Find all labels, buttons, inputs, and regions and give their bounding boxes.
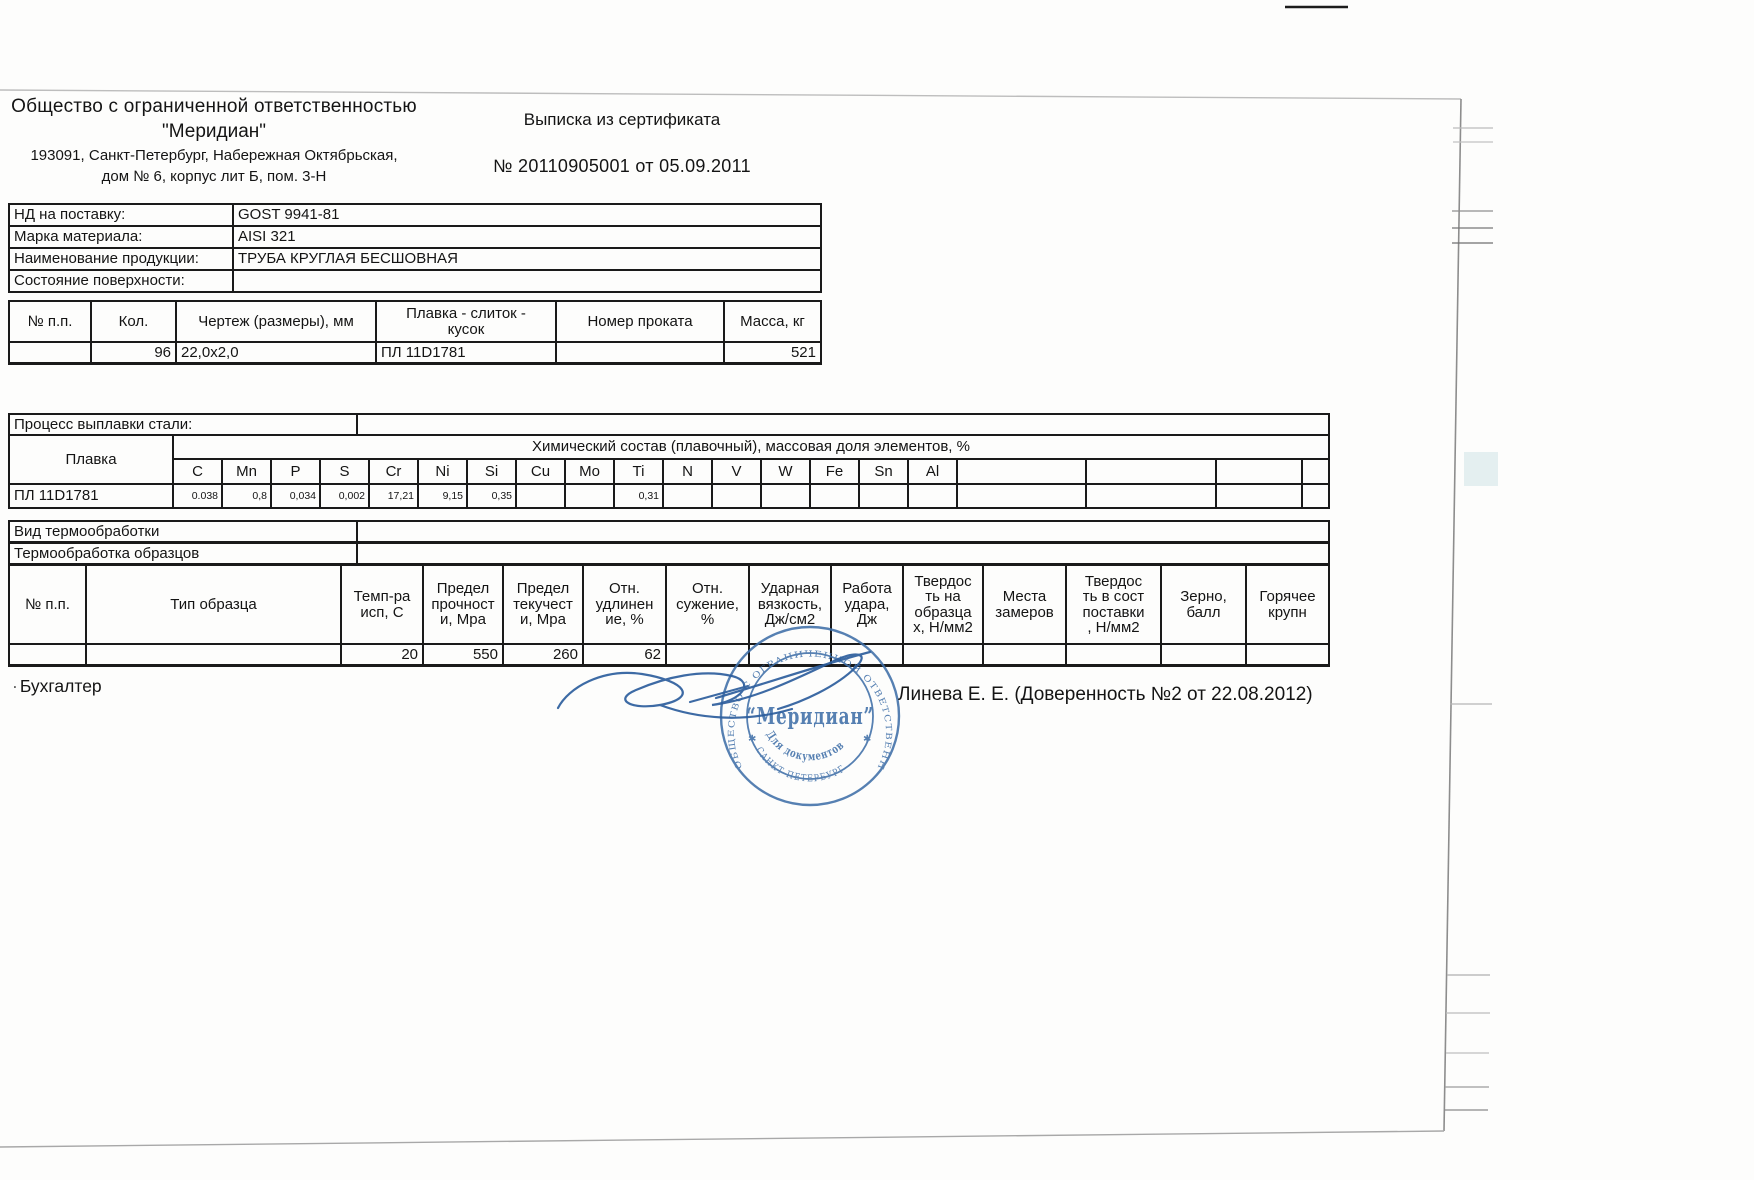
element-symbol (958, 460, 1087, 485)
stamp-star-left-icon: ✱ (748, 734, 756, 745)
column-header: Горячее крупн (1247, 566, 1330, 645)
item-size: 22,0x2,0 (177, 343, 377, 365)
smelting-process-row: Процесс выплавки стали: (8, 413, 1330, 436)
element-symbol (1217, 460, 1303, 485)
info-label: Наименование продукции: (10, 249, 234, 271)
info-value: AISI 321 (234, 227, 822, 249)
paper-right-edge (1444, 99, 1461, 1131)
mech-value (832, 645, 904, 667)
paper-bottom-edge (0, 1131, 1444, 1147)
element-value: 0,8 (223, 485, 272, 509)
stamp-center-text: “Меридиан” (746, 703, 874, 730)
element-symbol: Si (468, 460, 517, 485)
smelting-value (358, 415, 1330, 436)
heat-number: ПЛ 11D1781 (10, 485, 174, 509)
column-header: Отн. удлинен ие, % (584, 566, 667, 645)
column-header: Предел прочност и, Мра (424, 566, 504, 645)
svg-text:САНКТ-ПЕТЕРБУРГ: САНКТ-ПЕТЕРБУРГ (753, 745, 847, 784)
element-value: 0.038 (174, 485, 223, 509)
element-value (762, 485, 811, 509)
items-table: № п.п.Кол.Чертеж (размеры), ммПлавка - с… (8, 300, 822, 365)
mech-value: 62 (584, 645, 667, 667)
element-value (1303, 485, 1330, 509)
element-symbol: P (272, 460, 321, 485)
heat-treatment-type-row: Вид термообработки (8, 520, 1330, 543)
mech-value (667, 645, 750, 667)
column-header: Отн. сужение, % (667, 566, 750, 645)
scan-smudge (1464, 452, 1498, 486)
heat-treatment-type-value (358, 522, 1330, 543)
smelting-label: Процесс выплавки стали: (10, 415, 358, 436)
mech-value (1247, 645, 1330, 667)
element-value: 0,35 (468, 485, 517, 509)
element-value (958, 485, 1087, 509)
element-value (517, 485, 566, 509)
item-num (10, 343, 92, 365)
items-data-row: 96 22,0x2,0 ПЛ 11D1781 521 (10, 343, 822, 365)
element-values-row: 0.0380,80,0340,00217,219,150,350,31 (174, 485, 1330, 509)
element-value: 17,21 (370, 485, 419, 509)
stamp-star-right-icon: ✱ (863, 734, 871, 745)
company-address-line2: дом № 6, корпус лит Б, пом. 3-Н (8, 168, 420, 185)
column-header: Номер проката (557, 302, 725, 343)
mech-value (10, 645, 87, 667)
element-symbol: Mo (566, 460, 615, 485)
stamp-arc-text-2: САНКТ-ПЕТЕРБУРГ (753, 745, 847, 784)
info-value: ТРУБА КРУГЛАЯ БЕСШОВНАЯ (234, 249, 822, 271)
column-header: Твердос ть в сост поставки , Н/мм2 (1067, 566, 1162, 645)
column-header: Чертеж (размеры), мм (177, 302, 377, 343)
mech-value (984, 645, 1067, 667)
signature-note: Линева Е. Е. (Доверенность №2 от 22.08.2… (898, 684, 1358, 706)
scanned-certificate-page: Общество с ограниченной ответственностью… (0, 0, 1754, 1180)
heat-treatment-type-label: Вид термообработки (10, 522, 358, 543)
column-header: Твердос ть на образца х, Н/мм2 (904, 566, 984, 645)
item-qty: 96 (92, 343, 177, 365)
company-address-line1: 193091, Санкт-Петербург, Набережная Октя… (8, 147, 420, 164)
column-header: Темп-ра исп, С (342, 566, 424, 645)
column-header: Зерно, балл (1162, 566, 1247, 645)
company-name-line2: "Меридиан" (8, 121, 420, 143)
company-block: Общество с ограниченной ответственностью… (8, 96, 420, 185)
element-symbol (1087, 460, 1217, 485)
info-label: НД на поставку: (10, 205, 234, 227)
element-header-row: CMnPSCrNiSiCuMoTiNVWFeSnAl (174, 460, 1330, 485)
document-title-block: Выписка из сертификата № 20110905001 от … (462, 110, 782, 177)
column-header: Предел текучест и, Мра (504, 566, 584, 645)
element-value (860, 485, 909, 509)
samples-treatment-value (358, 544, 1330, 565)
heat-column-header: Плавка (10, 436, 174, 485)
svg-text:Для документов: Для документов (763, 728, 847, 763)
element-symbol: V (713, 460, 762, 485)
mech-value: 20 (342, 645, 424, 667)
mech-value: 550 (424, 645, 504, 667)
mech-value (750, 645, 832, 667)
element-value: 0,002 (321, 485, 370, 509)
element-value (664, 485, 713, 509)
element-value: 9,15 (419, 485, 468, 509)
supply-info-table: НД на поставку: GOST 9941-81 Марка матер… (8, 203, 822, 293)
mech-value (1067, 645, 1162, 667)
item-roll-number (557, 343, 725, 365)
mech-value: 260 (504, 645, 584, 667)
accountant-label: Бухгалтер (12, 676, 102, 697)
element-symbol: N (664, 460, 713, 485)
table-row: Состояние поверхности: (10, 271, 822, 293)
element-symbol: Cr (370, 460, 419, 485)
element-symbol: W (762, 460, 811, 485)
samples-treatment-row: Термообработка образцов (8, 542, 1330, 565)
info-value (234, 271, 822, 293)
element-value (1087, 485, 1217, 509)
document-title: Выписка из сертификата (462, 110, 782, 130)
info-label: Марка материала: (10, 227, 234, 249)
element-symbol: Mn (223, 460, 272, 485)
element-symbol: Fe (811, 460, 860, 485)
column-header: Тип образца (87, 566, 342, 645)
element-symbol: S (321, 460, 370, 485)
mech-header-row: № п.п.Тип образцаТемп-ра исп, СПредел пр… (10, 566, 1330, 645)
item-mass: 521 (725, 343, 822, 365)
column-header: Масса, кг (725, 302, 822, 343)
company-name-line1: Общество с ограниченной ответственностью (8, 96, 420, 118)
element-symbol: Al (909, 460, 958, 485)
column-header: Плавка - слиток - кусок (377, 302, 557, 343)
chemical-composition-table: Плавка Химический состав (плавочный), ма… (8, 434, 1330, 509)
element-value (1217, 485, 1303, 509)
info-label: Состояние поверхности: (10, 271, 234, 293)
items-header-row: № п.п.Кол.Чертеж (размеры), ммПлавка - с… (10, 302, 822, 343)
element-value: 0,034 (272, 485, 321, 509)
table-row: Марка материала: AISI 321 (10, 227, 822, 249)
mech-data-row: 2055026062 (10, 645, 1330, 667)
element-symbol: Sn (860, 460, 909, 485)
column-header: № п.п. (10, 302, 92, 343)
element-symbol: Ti (615, 460, 664, 485)
column-header: Места замеров (984, 566, 1067, 645)
element-value: 0,31 (615, 485, 664, 509)
element-symbol: C (174, 460, 223, 485)
edge-tick-marks (1444, 128, 1493, 1110)
table-row: Наименование продукции: ТРУБА КРУГЛАЯ БЕ… (10, 249, 822, 271)
element-symbol: Ni (419, 460, 468, 485)
column-header: Работа удара, Дж (832, 566, 904, 645)
column-header: Ударная вязкость, Дж/см2 (750, 566, 832, 645)
item-heat: ПЛ 11D1781 (377, 343, 557, 365)
composition-title: Химический состав (плавочный), массовая … (174, 436, 1330, 460)
element-value (909, 485, 958, 509)
mech-value (1162, 645, 1247, 667)
column-header: № п.п. (10, 566, 87, 645)
table-row: НД на поставку: GOST 9941-81 (10, 205, 822, 227)
stamp-arc-text-1: Для документов (763, 728, 847, 763)
samples-treatment-label: Термообработка образцов (10, 544, 358, 565)
mech-value (87, 645, 342, 667)
element-value (811, 485, 860, 509)
document-number: № 20110905001 от 05.09.2011 (462, 156, 782, 177)
info-value: GOST 9941-81 (234, 205, 822, 227)
column-header: Кол. (92, 302, 177, 343)
mechanical-properties-table: № п.п.Тип образцаТемп-ра исп, СПредел пр… (8, 564, 1330, 667)
element-value (713, 485, 762, 509)
element-value (566, 485, 615, 509)
element-symbol (1303, 460, 1330, 485)
mech-value (904, 645, 984, 667)
element-symbol: Cu (517, 460, 566, 485)
